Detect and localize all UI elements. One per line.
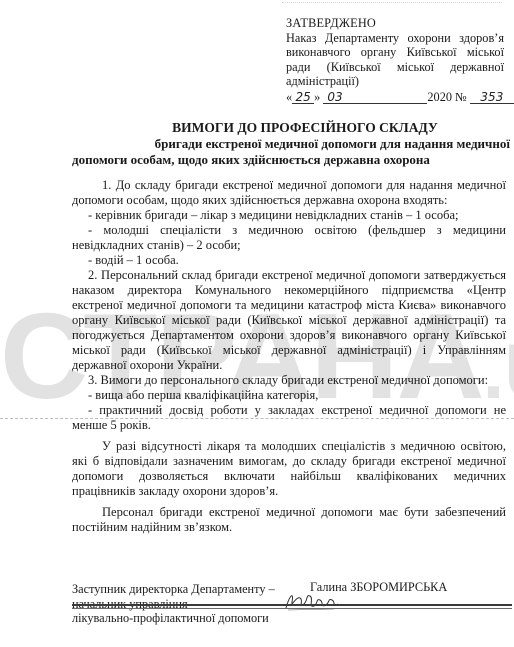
document-subtitle-line1: бригади екстреної медичної допомоги для …	[60, 136, 510, 152]
document-heading: ВИМОГИ ДО ПРОФЕСІЙНОГО СКЛАДУ бригади ек…	[60, 120, 510, 168]
paragraph-absence: У разі відсутності лікаря та молодших сп…	[72, 439, 506, 499]
scan-artifact-line	[282, 2, 502, 4]
signatory-position-line1: Заступник директорка Департаменту –	[72, 582, 302, 597]
signatory-position-line3: лікувально-профілактичної допомоги	[72, 611, 302, 626]
approval-stamp-block: ЗАТВЕРДЖЕНО Наказ Департаменту охорони з…	[286, 16, 504, 104]
scan-artifact-bar	[72, 604, 512, 606]
list-item-driver: - водій – 1 особа.	[72, 253, 506, 268]
list-item-experience: - практичний досвід роботи у закладах ек…	[72, 403, 506, 433]
document-title: ВИМОГИ ДО ПРОФЕСІЙНОГО СКЛАДУ	[60, 120, 510, 136]
handwritten-month: 03	[323, 91, 427, 104]
paragraph-2: 2. Персональний склад бригади екстреної …	[72, 268, 506, 373]
approval-title: ЗАТВЕРДЖЕНО	[286, 16, 504, 31]
document-body: 1. До складу бригади екстреної медичної …	[72, 178, 506, 535]
scan-artifact-bar	[72, 608, 512, 609]
date-year-label: 2020 №	[427, 90, 466, 104]
paragraph-3: 3. Вимоги до персонального складу бригад…	[72, 373, 506, 388]
list-item-team-lead: - керівник бригади – лікар з медицини не…	[72, 208, 506, 223]
date-close-quote: »	[314, 90, 320, 104]
approval-date-line: «25» 032020 № 353	[286, 90, 504, 105]
list-item-junior-specialists: - молодші спеціалісти з медичною освітою…	[72, 223, 506, 253]
approval-order-description: Наказ Департаменту охорони здоров’я вико…	[286, 31, 504, 89]
document-subtitle-line2: допомоги особам, щодо яких здійснюється …	[60, 152, 510, 168]
handwritten-day: 25	[292, 91, 314, 104]
signatory-name: Галина ЗБОРОМИРСЬКА	[310, 580, 447, 595]
list-item-qualification: - вища або перша кваліфікаційна категорі…	[72, 388, 506, 403]
paragraph-1: 1. До складу бригади екстреної медичної …	[72, 178, 506, 208]
handwritten-order-number: 353	[470, 91, 514, 104]
paragraph-communication: Персонал бригади екстреної медичної допо…	[72, 505, 506, 535]
